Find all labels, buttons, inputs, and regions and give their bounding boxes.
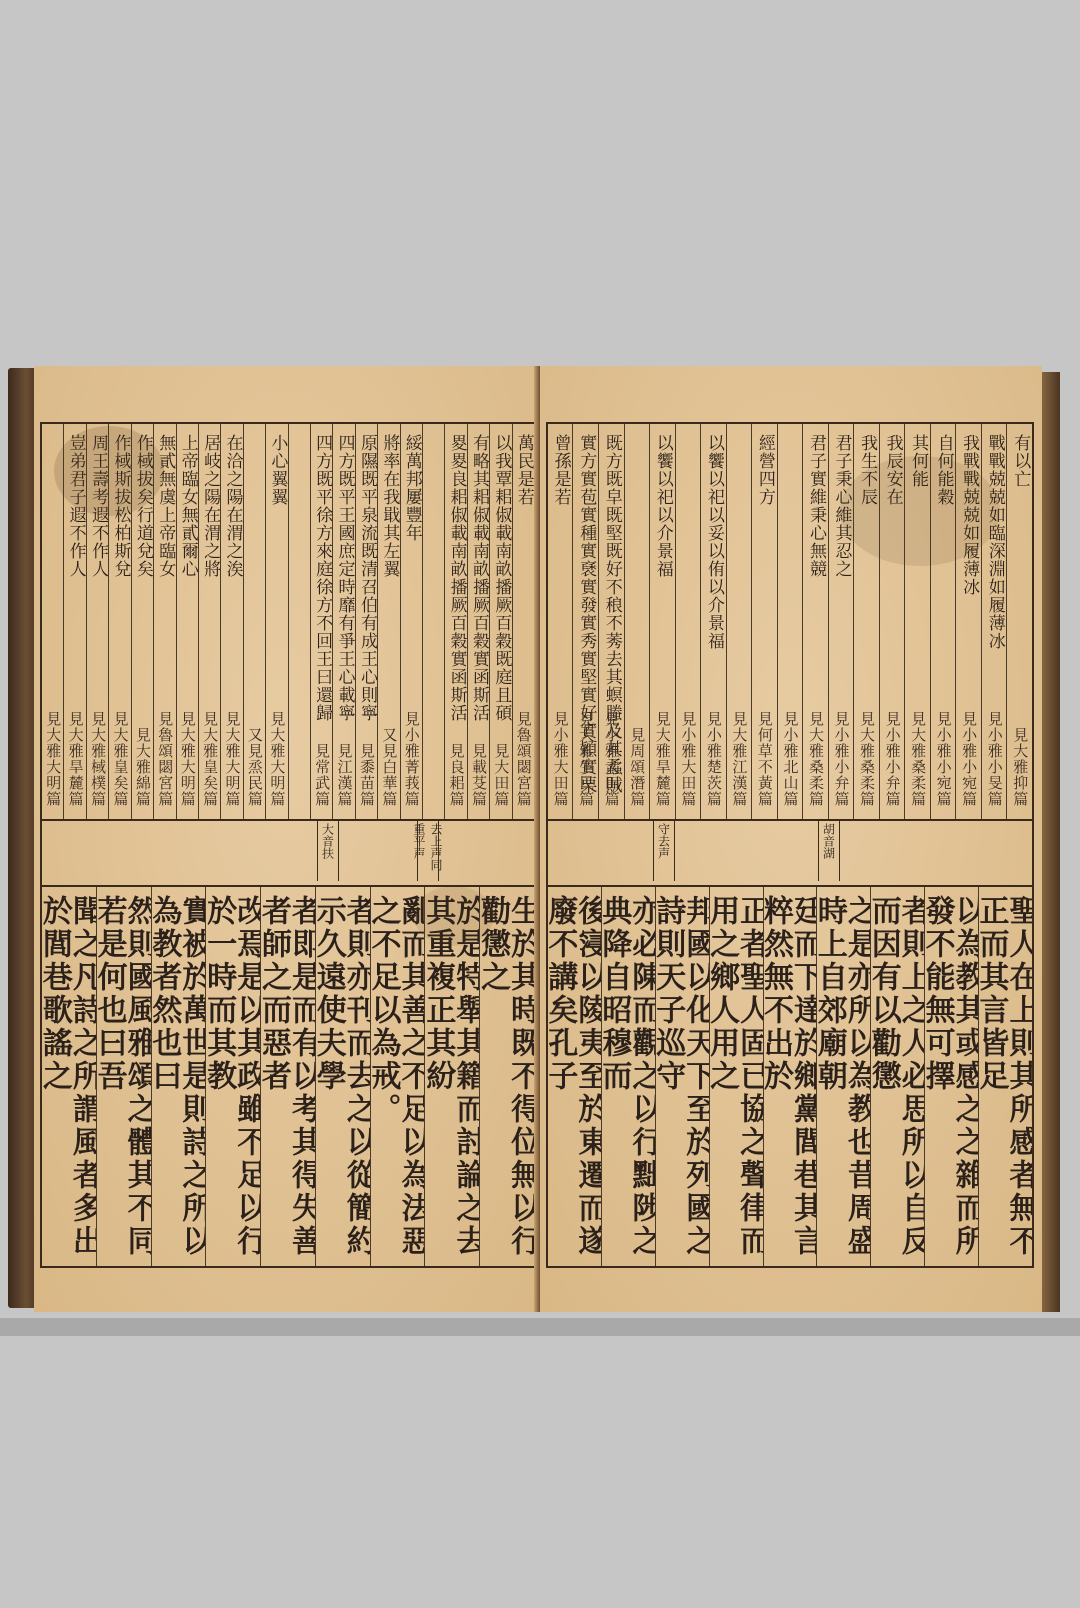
verse-text: 小心翼翼 <box>268 434 285 506</box>
source-reference: 見魯頌閟宮篇 <box>157 711 172 807</box>
preface-line: 亂而其善之不足以為法惡之不足以為戒。 <box>370 895 425 1266</box>
verse-column: 又見烝民篇 <box>243 424 265 819</box>
source-reference: 見良耜篇 <box>449 743 464 807</box>
source-reference: 見常武篇 <box>314 743 329 807</box>
verse-text: 以我覃耜俶載南畝播厥百穀既庭且碩 <box>492 434 509 722</box>
verse-column: 見大雅江漢篇 <box>726 424 752 819</box>
left-page-frame: 萬民是若見魯頌閟宮篇以我覃耜俶載南畝播厥百穀既庭且碩見大田篇有略其耜俶載南畝播厥… <box>40 422 536 1268</box>
text-column: 聖人在上則其所感者無不正而其言皆足 <box>978 887 1032 1266</box>
source-reference: 見大雅江漢篇 <box>731 711 746 807</box>
verse-column: 君子實維秉心無競見大雅桑柔篇 <box>802 424 828 819</box>
source-reference: 見大雅皇矣篇 <box>112 711 127 807</box>
verse-column: 經營四方見何草不黃篇 <box>751 424 777 819</box>
source-reference: 見小雅小旻篇 <box>987 711 1002 807</box>
paper-stain <box>414 886 494 946</box>
preface-line: 以為教其或感之之雜而所發不能無可擇 <box>924 895 978 1266</box>
preface-line: 廷而下達於鄉黨閭巷其言粹然無不出於 <box>763 895 817 1266</box>
source-reference: 見小雅菁莪篇 <box>404 711 419 807</box>
preface-line: 於是特舉其籍而討論之去其重複正其紛 <box>424 895 479 1266</box>
verse-column: 居岐之陽在渭之將見大雅皇矣篇 <box>198 424 220 819</box>
verse-column: 見周頌潛篇 <box>624 424 650 819</box>
verse-text: 在洽之陽在渭之涘 <box>224 434 241 578</box>
verse-text: 原隰既平泉流既清召伯有成王心則寧 <box>358 434 375 722</box>
preface-line: 聞之凡詩之所謂風者多出於閭巷歌謠之 <box>42 895 96 1266</box>
source-reference: 見大雅旱麓篇 <box>655 711 670 807</box>
left-page: 萬民是若見魯頌閟宮篇以我覃耜俶載南畝播厥百穀既庭且碩見大田篇有略其耜俶載南畝播厥… <box>34 366 540 1312</box>
text-column: 之是亦所以為教也昔周盛時上自郊廟朝 <box>816 887 870 1266</box>
verse-text: 綏萬邦屢豐年 <box>403 434 420 542</box>
preface-line: 聖人在上則其所感者無不正而其言皆足 <box>978 895 1032 1266</box>
preface-line: 改焉是以其政雖不足以行於一時而其教 <box>205 895 260 1266</box>
verse-column: 既方既皁既堅既好不稂不莠去其螟螣及其蟊賊見小雅大田篇 <box>598 424 624 819</box>
verse-column: 實方實苞實種實褎實發實秀實堅實好實穎實栗見大雅生民篇 <box>572 424 598 819</box>
text-column: 者則上之人必思所以自反而因有以勸懲 <box>870 887 924 1266</box>
verse-column: 四方既平王國庶定時靡有爭王心載寧見江漢篇 <box>332 424 354 819</box>
book-cover-right-edge <box>1040 372 1060 1312</box>
source-reference: 見大雅棫樸篇 <box>90 711 105 807</box>
verse-column: 綏萬邦屢豐年見小雅菁莪篇 <box>400 424 422 819</box>
text-column: 者即是而有以考其得失善者師之而惡者 <box>260 887 315 1266</box>
source-reference: 又見白華篇 <box>381 727 396 807</box>
left-sound-annotation-band: 去上声同重平声大音扶 <box>42 821 534 883</box>
source-reference: 見大雅大明篇 <box>45 711 60 807</box>
verse-column: 萬民是若見魯頌閟宮篇 <box>512 424 534 819</box>
text-column: 正者聖人固已協之聲律而用之鄉人用之 <box>709 887 763 1266</box>
text-column: 生於其時既不得位無以行勸懲之 <box>479 887 534 1266</box>
preface-line: 實被於萬世是則詩之所以為教者然也曰 <box>151 895 206 1266</box>
source-reference: 見何草不黃篇 <box>757 711 772 807</box>
source-reference: 見小雅大田篇 <box>604 711 619 807</box>
preface-line: 亦必陳而觀之以行黜陟之典降自昭穆而 <box>601 895 655 1266</box>
verse-text: 有略其耜俶載南畝播厥百穀實函斯活 <box>470 434 487 722</box>
source-reference: 見大雅綿篇 <box>135 727 150 807</box>
source-reference: 見載芟篇 <box>471 743 486 807</box>
verse-column: 以饗以祀以介景福見大雅旱麓篇 <box>649 424 675 819</box>
source-reference: 見小雅北山篇 <box>782 711 797 807</box>
verse-column: 小心翼翼見大雅大明篇 <box>265 424 287 819</box>
verse-column: 上帝臨女無貳爾心見大雅大明篇 <box>176 424 198 819</box>
pronunciation-note: 胡音湖 <box>818 821 840 881</box>
verse-column: 畟畟良耜俶載南畝播厥百穀實函斯活見良耜篇 <box>444 424 466 819</box>
source-reference: 見江漢篇 <box>337 743 352 807</box>
right-preface-text: 聖人在上則其所感者無不正而其言皆足以為教其或感之之雜而所發不能無可擇者則上之人必… <box>548 885 1032 1266</box>
source-reference: 見大雅大明篇 <box>269 711 284 807</box>
text-column: 實被於萬世是則詩之所以為教者然也曰 <box>151 887 206 1266</box>
source-reference: 見大雅大明篇 <box>225 711 240 807</box>
preface-line: 之是亦所以為教也昔周盛時上自郊廟朝 <box>816 895 870 1266</box>
verse-text: 曾孫是若 <box>552 434 569 506</box>
preface-line: 生於其時既不得位無以行勸懲之 <box>479 895 534 1266</box>
source-reference: 見大雅旱麓篇 <box>68 711 83 807</box>
text-column: 廷而下達於鄉黨閭巷其言粹然無不出於 <box>763 887 817 1266</box>
source-reference: 見小雅小宛篇 <box>961 711 976 807</box>
verse-column: 四方既平徐方來庭徐方不回王曰還歸見常武篇 <box>310 424 332 819</box>
preface-line: 者則上之人必思所以自反而因有以勸懲 <box>870 895 924 1266</box>
verse-column: 原隰既平泉流既清召伯有成王心則寧見黍苗篇 <box>355 424 377 819</box>
verse-column: 將率在我戢其左翼又見白華篇 <box>377 424 399 819</box>
verse-column: 有以亡見大雅抑篇 <box>1006 424 1032 819</box>
verse-text: 君子實維秉心無競 <box>807 434 824 578</box>
pronunciation-note: 去上声同重平声 <box>417 821 439 881</box>
source-reference: 見小雅大田篇 <box>553 711 568 807</box>
source-reference: 見小雅小宛篇 <box>936 711 951 807</box>
paper-stain <box>54 426 164 516</box>
verse-text: 四方既平徐方來庭徐方不回王曰還歸 <box>313 434 330 722</box>
pronunciation-note: 大音扶 <box>317 821 339 881</box>
verse-text: 以饗以祀以介景福 <box>654 434 671 578</box>
text-column: 邦國以化天下至於列國之詩則天子巡守 <box>655 887 709 1266</box>
verse-text: 戰戰兢兢如臨深淵如履薄冰 <box>986 434 1003 650</box>
source-reference: 見小雅小弁篇 <box>885 711 900 807</box>
text-column: 後寖以陵夷至於東遷而遂廢不講矣孔子 <box>548 887 601 1266</box>
right-sound-annotation-band: 胡音湖守去声 <box>548 821 1032 883</box>
table-shadow <box>0 1318 1080 1336</box>
verse-column: 見小雅北山篇 <box>777 424 803 819</box>
verse-text: 將率在我戢其左翼 <box>380 434 397 578</box>
verse-text: 居岐之陽在渭之將 <box>201 434 218 578</box>
verse-text: 畟畟良耜俶載南畝播厥百穀實函斯活 <box>448 434 465 722</box>
source-reference: 見小雅小弁篇 <box>834 711 849 807</box>
source-reference: 見大雅皇矣篇 <box>202 711 217 807</box>
pronunciation-note: 守去声 <box>653 821 675 881</box>
source-reference: 見小雅大田篇 <box>680 711 695 807</box>
verse-text: 四方既平王國庶定時靡有爭王心載寧 <box>336 434 353 722</box>
verse-column: 見小雅大田篇 <box>675 424 701 819</box>
text-column: 以為教其或感之之雜而所發不能無可擇 <box>924 887 978 1266</box>
preface-line: 邦國以化天下至於列國之詩則天子巡守 <box>655 895 709 1266</box>
source-reference: 又見烝民篇 <box>247 727 262 807</box>
right-page: 有以亡見大雅抑篇戰戰兢兢如臨深淵如履薄冰見小雅小旻篇我戰戰兢兢如履薄冰見小雅小宛… <box>540 366 1042 1312</box>
source-reference: 見周頌潛篇 <box>629 727 644 807</box>
text-column: 然則國風雅頌之體其不同若是何也曰吾 <box>96 887 151 1266</box>
source-reference: 見大雅桑柔篇 <box>808 711 823 807</box>
source-reference: 見大雅大明篇 <box>180 711 195 807</box>
verse-text: 萬民是若 <box>515 434 532 506</box>
source-reference: 見大雅抑篇 <box>1012 727 1027 807</box>
source-reference: 見大雅生民篇 <box>578 711 593 807</box>
verse-column <box>422 424 444 819</box>
verse-text: 以饗以祀以妥以侑以介景福 <box>705 434 722 650</box>
text-column: 亦必陳而觀之以行黜陟之典降自昭穆而 <box>601 887 655 1266</box>
source-reference: 見魯頌閟宮篇 <box>516 711 531 807</box>
source-reference: 見大雅桑柔篇 <box>910 711 925 807</box>
verse-column: 以饗以祀以妥以侑以介景福見小雅楚茨篇 <box>700 424 726 819</box>
text-column: 聞之凡詩之所謂風者多出於閭巷歌謠之 <box>42 887 96 1266</box>
verse-text: 經營四方 <box>756 434 773 506</box>
paper-stain <box>840 456 1000 566</box>
preface-line: 者即是而有以考其得失善者師之而惡者 <box>260 895 315 1266</box>
verse-column: 在洽之陽在渭之涘見大雅大明篇 <box>220 424 242 819</box>
preface-line: 者則亦刊而去之以從簡約示久遠使夫學 <box>315 895 370 1266</box>
source-reference: 見黍苗篇 <box>359 743 374 807</box>
source-reference: 見大田篇 <box>493 743 508 807</box>
preface-line: 然則國風雅頌之體其不同若是何也曰吾 <box>96 895 151 1266</box>
verse-column: 以我覃耜俶載南畝播厥百穀既庭且碩見大田篇 <box>489 424 511 819</box>
source-reference: 見小雅楚茨篇 <box>706 711 721 807</box>
source-reference: 見大雅桑柔篇 <box>859 711 874 807</box>
text-column: 改焉是以其政雖不足以行於一時而其教 <box>205 887 260 1266</box>
verse-column: 曾孫是若見小雅大田篇 <box>548 424 573 819</box>
verse-column <box>288 424 310 819</box>
verse-text: 上帝臨女無貳爾心 <box>179 434 196 578</box>
text-column: 者則亦刊而去之以從簡約示久遠使夫學 <box>315 887 370 1266</box>
verse-text: 有以亡 <box>1011 434 1028 488</box>
text-column: 亂而其善之不足以為法惡之不足以為戒。 <box>370 887 425 1266</box>
preface-line: 正者聖人固已協之聲律而用之鄉人用之 <box>709 895 763 1266</box>
preface-line: 後寖以陵夷至於東遷而遂廢不講矣孔子 <box>548 895 601 1266</box>
verse-column: 有略其耜俶載南畝播厥百穀實函斯活見載芟篇 <box>467 424 489 819</box>
